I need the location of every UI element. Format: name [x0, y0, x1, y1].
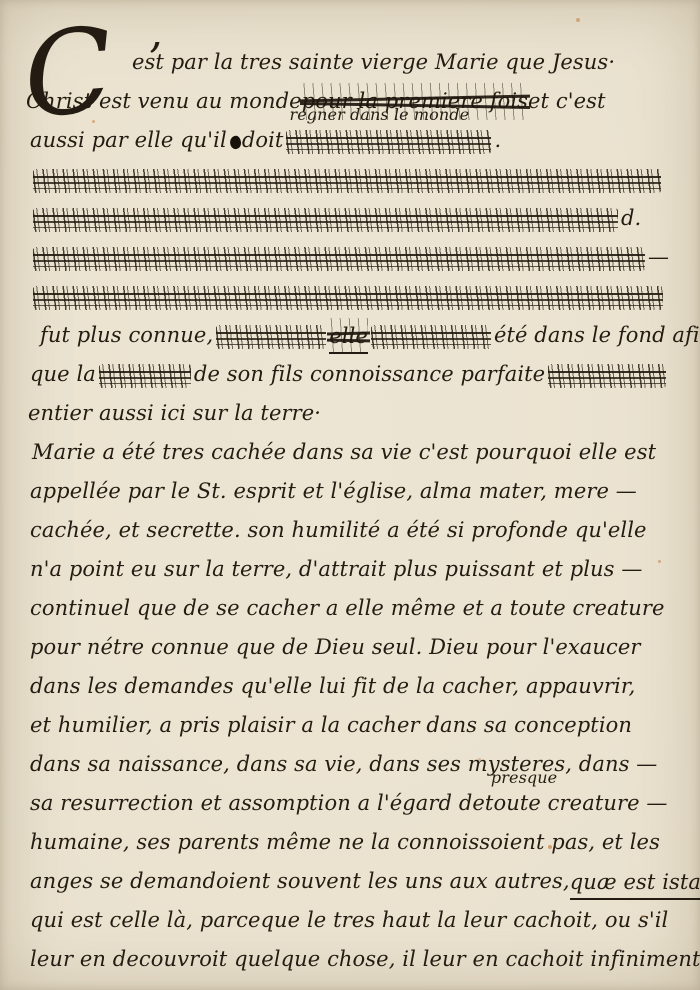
text-segment: est par la tres sainte vierge Marie que …	[132, 44, 615, 81]
text-segment: doit	[242, 122, 284, 159]
text-segment: Christ est venu au monde	[26, 83, 302, 120]
text-segment: leur en decouvroit quelque chose, il leu…	[30, 941, 700, 978]
foxing-speck	[641, 915, 644, 918]
scribble-strikeout	[33, 286, 663, 310]
text-segment: .	[494, 122, 501, 159]
scribble-strikeout	[33, 247, 645, 271]
line-10: entier aussi ici sur la terre·	[28, 395, 684, 434]
line-12: appellée par le St. esprit et l'église, …	[30, 473, 684, 512]
text-segment: de son fils connoissance parfaite	[194, 356, 545, 393]
text-segment: dans sa naissance, dans sa vie, dans ses…	[30, 746, 657, 783]
scribble-strikeout	[371, 325, 491, 349]
text-segment: d.	[621, 200, 641, 237]
text-segment: que la	[30, 356, 96, 393]
manuscript-page: C ’ est par la tres sainte vierge Marie …	[0, 0, 700, 990]
scribble-strikeout	[216, 325, 326, 349]
line-11: Marie a été tres cachée dans sa vie c'es…	[32, 434, 684, 473]
scribble-strikeout	[286, 130, 491, 154]
scribble-strikeout	[33, 169, 661, 193]
ink-blot	[228, 135, 242, 151]
text-segment: pour nétre connue que de Dieu seul. Dieu…	[30, 629, 641, 666]
line-23: qui est celle là, parceque le tres haut …	[30, 902, 684, 941]
foxing-speck	[548, 845, 552, 849]
text-segment: appellée par le St. esprit et l'église, …	[30, 473, 637, 510]
text-segment: fut plus connue,	[40, 317, 213, 354]
text-segment: été dans le fond afin —	[494, 317, 700, 354]
line-18: et humilier, a pris plaisir a la cacher …	[30, 707, 684, 746]
text-segment: aussi par elle qu'il	[30, 122, 227, 159]
foxing-speck	[576, 18, 580, 22]
scribble-strikeout	[548, 364, 666, 388]
line-06: —	[30, 239, 684, 278]
insertion-wrapper: presque toute creature —	[485, 785, 668, 822]
text-segment: et c'est	[528, 83, 606, 120]
text-segment: dans les demandes qu'elle lui fit de la …	[30, 668, 635, 705]
line-16: pour nétre connue que de Dieu seul. Dieu…	[30, 629, 684, 668]
manuscript-lines: est par la tres sainte vierge Marie que …	[30, 44, 684, 980]
line-01: est par la tres sainte vierge Marie que …	[132, 44, 684, 83]
scribble-strikeout	[33, 208, 618, 232]
text-segment: Marie a été tres cachée dans sa vie c'es…	[32, 434, 656, 471]
line-20: sa resurrection et assomption a l'égard …	[30, 785, 684, 824]
interlinear-insertion: regner dans le monde	[289, 107, 469, 123]
text-segment: cachée, et secrette. son humilité a été …	[30, 512, 647, 549]
text-segment: anges se demandoient souvent les uns aux…	[30, 863, 570, 900]
foxing-speck	[92, 120, 95, 123]
text-segment: —	[648, 239, 669, 276]
line-09: que la de son fils connoissance parfaite	[30, 356, 684, 395]
foxing-speck	[478, 758, 481, 761]
line-15: continuel que de se cacher a elle même e…	[30, 590, 684, 629]
line-22: anges se demandoient souvent les uns aux…	[30, 863, 684, 902]
text-segment: sa resurrection et assomption a l'égard …	[30, 785, 485, 822]
line-07	[30, 278, 684, 317]
text-segment: et humilier, a pris plaisir a la cacher …	[30, 707, 632, 744]
text-segment: n'a point eu sur la terre, d'attrait plu…	[30, 551, 642, 588]
text-segment: qui est celle là, parceque le tres haut …	[30, 902, 668, 939]
line-13: cachée, et secrette. son humilité a été …	[30, 512, 684, 551]
scribble-strikeout	[99, 364, 191, 388]
text-segment: entier aussi ici sur la terre·	[28, 395, 321, 432]
struck-underlined-text: elle	[329, 318, 368, 354]
line-21: humaine, ses parents même ne la connoiss…	[30, 824, 684, 863]
insertion-wrapper: regner dans le monde	[283, 122, 494, 159]
text-segment: continuel que de se cacher a elle même e…	[30, 590, 665, 627]
line-04	[30, 161, 684, 200]
line-14: n'a point eu sur la terre, d'attrait plu…	[30, 551, 684, 590]
foxing-speck	[658, 560, 661, 563]
text-segment: humaine, ses parents même ne la connoiss…	[30, 824, 660, 861]
line-03: aussi par elle qu'il doit regner dans le…	[30, 122, 684, 161]
line-17: dans les demandes qu'elle lui fit de la …	[30, 668, 684, 707]
line-05: d.	[30, 200, 684, 239]
line-08: fut plus connue, elle été dans le fond a…	[40, 317, 684, 356]
interlinear-insertion: presque	[491, 770, 557, 786]
line-24: leur en decouvroit quelque chose, il leu…	[30, 941, 684, 980]
underlined-latin-phrase: quæ est ista	[570, 864, 700, 900]
line-19: dans sa naissance, dans sa vie, dans ses…	[30, 746, 684, 785]
text-segment: toute creature —	[485, 785, 668, 822]
